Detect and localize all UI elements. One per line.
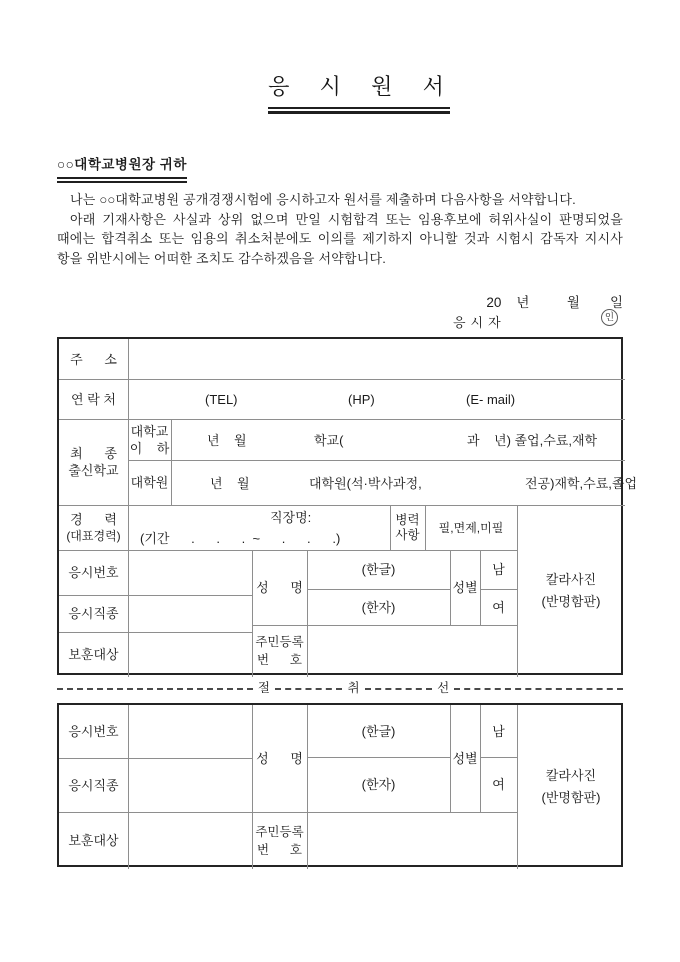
- date-line: 20 년 월 일: [486, 291, 623, 311]
- univ-school-close: 과 년) 졸업,수료,재학: [467, 419, 597, 460]
- applicant-info-table: 주 소 연 락 처 (TEL) (HP) (E- mail) 최 종 출신학교 …: [57, 337, 623, 675]
- exam-job-input-cell[interactable]: [128, 595, 252, 632]
- rrn-label: 주민등록 번 호: [252, 625, 307, 677]
- cut-char-seon: 선: [437, 681, 449, 696]
- title-underline: [268, 107, 450, 114]
- exam-no-label: 응시번호: [59, 550, 128, 595]
- career-period-label: (기간 . . . ~ . . .): [140, 526, 340, 549]
- stub-exam-no-input-cell[interactable]: [128, 705, 252, 758]
- stub-name-label: 성 명: [252, 705, 307, 812]
- veteran-input-cell[interactable]: [128, 632, 252, 677]
- stub-veteran-input-cell[interactable]: [128, 812, 252, 869]
- final-school-label: 최 종 출신학교: [59, 419, 128, 505]
- military-label: 병력 사항: [390, 505, 425, 550]
- exam-no-input-cell[interactable]: [128, 550, 252, 595]
- grad-close: 전공)재학,수료,졸업: [525, 460, 637, 505]
- stub-photo-box: 칼라사진 (반명함판): [517, 705, 625, 869]
- oath-line-1: 나는 ○○대학교병원 공개경쟁시험에 응시하고자 원서를 제출하며 다음사항을 …: [57, 190, 623, 210]
- stub-table: 응시번호 응시직종 보훈대상 성 명 (한글) (한자) 성별 남 여 주민등록…: [57, 703, 623, 867]
- cut-dash: [365, 688, 433, 690]
- hp-label: (HP): [348, 379, 375, 419]
- photo-box: 칼라사진 (반명함판): [517, 505, 625, 677]
- applicant-label: 응시자: [453, 312, 506, 331]
- cut-char-jeol: 절: [258, 681, 270, 696]
- name-hanja-cell[interactable]: (한자): [307, 589, 450, 625]
- name-hangul-cell[interactable]: (한글): [307, 550, 450, 589]
- gender-female-cell[interactable]: 여: [480, 589, 517, 625]
- workplace-label: 직장명:: [270, 505, 311, 527]
- stub-gender-male-cell[interactable]: 남: [480, 705, 517, 757]
- form-title-block: 응 시 원 서: [76, 70, 642, 114]
- university-label: 대학교 이 하: [128, 419, 171, 460]
- stub-gender-female-cell[interactable]: 여: [480, 757, 517, 812]
- stub-exam-job-label: 응시직종: [59, 758, 128, 812]
- address-label: 주 소: [59, 339, 128, 379]
- cut-dash: [275, 688, 343, 690]
- career-label: 경 력 (대표경력): [59, 505, 128, 550]
- application-form-page: 응 시 원 서 ○○대학교병원장 귀하 나는 ○○대학교병원 공개경쟁시험에 응…: [0, 0, 680, 962]
- military-options: 필,면제,미필: [425, 505, 517, 550]
- address-input-cell[interactable]: [128, 339, 625, 379]
- veteran-label: 보훈대상: [59, 632, 128, 677]
- univ-school-open: 학교(: [314, 419, 343, 460]
- stub-name-hangul-cell[interactable]: (한글): [307, 705, 450, 757]
- grad-year-month: 년 월: [210, 460, 250, 505]
- contact-input-cell[interactable]: (TEL) (HP) (E- mail): [128, 379, 625, 419]
- oath-line-3: 때에는 합격취소 또는 임용의 취소처분에도 이의를 제기하지 아니할 것과 시…: [57, 229, 623, 249]
- stub-name-hanja-cell[interactable]: (한자): [307, 757, 450, 812]
- addressee-underline: [57, 177, 187, 183]
- oath-line-4: 항을 위반시에는 어떠한 조치도 감수하겠음을 서약합니다.: [57, 249, 623, 269]
- stub-rrn-label: 주민등록 번 호: [252, 812, 307, 869]
- name-label: 성 명: [252, 550, 307, 625]
- exam-job-label: 응시직종: [59, 595, 128, 632]
- form-title: 응 시 원 서: [268, 70, 450, 101]
- stub-gender-label: 성별: [450, 705, 480, 812]
- cut-dash: [454, 688, 623, 690]
- grad-school-label: 대학원: [128, 460, 171, 505]
- seal-stamp-icon: 인: [601, 309, 618, 326]
- grad-open: 대학원(석·박사과정,: [309, 460, 422, 505]
- addressee: ○○대학교병원장 귀하: [57, 153, 187, 173]
- stub-rrn-input-cell[interactable]: [307, 812, 517, 869]
- cut-line: 절 취 선: [57, 681, 623, 696]
- gender-male-cell[interactable]: 남: [480, 550, 517, 589]
- stub-exam-job-input-cell[interactable]: [128, 758, 252, 812]
- grid-line-v: [171, 419, 172, 505]
- contact-label: 연 락 처: [59, 379, 128, 419]
- addressee-block: ○○대학교병원장 귀하: [57, 153, 187, 183]
- tel-label: (TEL): [205, 379, 238, 419]
- cut-dash: [57, 688, 253, 690]
- gender-label: 성별: [450, 550, 480, 625]
- univ-year-month: 년 월: [207, 419, 247, 460]
- email-label: (E- mail): [466, 379, 515, 419]
- stub-exam-no-label: 응시번호: [59, 705, 128, 758]
- rrn-input-cell[interactable]: [307, 625, 517, 677]
- oath-paragraph: 나는 ○○대학교병원 공개경쟁시험에 응시하고자 원서를 제출하며 다음사항을 …: [57, 190, 623, 268]
- oath-line-2: 아래 기재사항은 사실과 상위 없으며 만일 시험합격 또는 임용후보에 허위사…: [57, 210, 623, 230]
- cut-char-chwi: 취: [347, 681, 359, 696]
- stub-veteran-label: 보훈대상: [59, 812, 128, 869]
